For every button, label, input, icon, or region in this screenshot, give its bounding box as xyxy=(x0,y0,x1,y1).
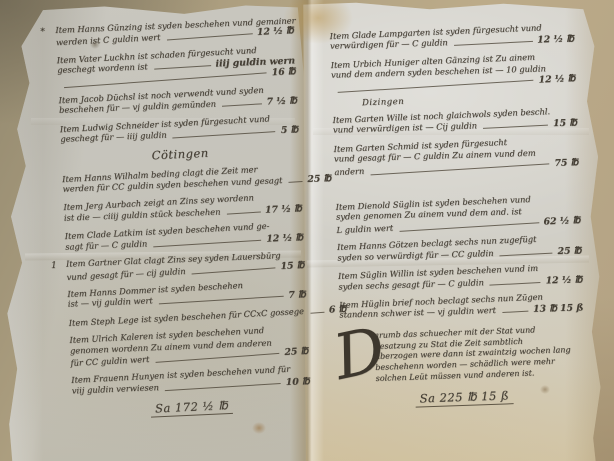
ledger-entry: Item Garten Schmid ist syden fürgesuchtv… xyxy=(333,135,578,178)
right-entries: Item Garten Wille ist noch glaichwols sy… xyxy=(332,106,583,322)
ledger-entry: 1Item Gartner Glat clagt Zins sey syden … xyxy=(66,249,305,283)
entry-amount: 17 ½ ℔ xyxy=(265,203,302,216)
ledger-entry: Item Süglin Willin ist syden beschehen v… xyxy=(338,262,583,293)
ledger-entry: Item Clade Latkim ist syden beschehen vu… xyxy=(64,220,303,254)
margin-mark: * xyxy=(40,27,45,39)
entry-amount: 12 ½ ℔ xyxy=(266,232,303,245)
ledger-entry: Item Garten Wille ist noch glaichwols sy… xyxy=(332,106,577,137)
leader-line xyxy=(370,163,549,175)
leader-line xyxy=(288,182,302,184)
ledger-entry: Item Hanns Dommer ist syden beschehenist… xyxy=(67,277,306,311)
ledger-entry: Item Jacob Düchsl ist noch verwendt vund… xyxy=(58,84,297,118)
entry-text: sagt für — C guldin xyxy=(65,238,147,253)
entry-text: geschegt für — iiij guldin xyxy=(60,130,167,146)
leader-line xyxy=(153,240,261,248)
entry-amount: 7 ½ ℔ xyxy=(266,96,297,109)
entry-amount: 62 ½ ℔ xyxy=(543,215,580,228)
ledger-entry: Item Urbich Huniger alten Gänzing ist Zu… xyxy=(330,51,575,94)
entry-amount: 5 ℔ xyxy=(281,125,299,137)
entry-amount: 15 ℔ xyxy=(280,259,304,272)
entry-amount: 12 ½ ℔ xyxy=(545,274,582,286)
closing-note: D arumb das schuecher mit der Stat vundb… xyxy=(340,323,586,385)
sum-text: Sa 225 ℔ 15 ß xyxy=(415,388,513,407)
leader-line xyxy=(222,104,262,107)
leader-line xyxy=(500,253,553,257)
ledger-entry: Item Hanns Götzen beclagt sechs nun zuge… xyxy=(337,233,582,264)
ledger-entry: Item Dienold Süglin ist syden beschehen … xyxy=(335,193,580,236)
left-entries: Item Hanns Wilhalm beding clagt die Zeit… xyxy=(62,162,310,397)
leader-line xyxy=(502,311,528,313)
entry-amount: 25 ℔ xyxy=(307,173,331,185)
entry-text: L guldin wert xyxy=(336,223,393,237)
entry-amount: 16 ℔ xyxy=(271,66,295,79)
leader-line xyxy=(227,212,261,215)
leader-line xyxy=(165,383,281,391)
entry-amount: 15 ℔ xyxy=(553,118,577,130)
leader-line xyxy=(154,66,211,70)
leader-line xyxy=(159,296,284,305)
entry-amount: 25 ℔ xyxy=(284,346,308,359)
leader-line xyxy=(454,42,533,47)
leader-line xyxy=(155,353,279,363)
left-entries-top: *Item Hanns Günzing ist syden beschehen … xyxy=(55,15,298,146)
margin-mark: 1 xyxy=(51,261,57,273)
entry-amount: 12 ½ ℔ xyxy=(538,73,575,86)
entry-text: viij guldin verwiesen xyxy=(72,382,160,397)
manuscript-photo: *Item Hanns Günzing ist syden beschehen … xyxy=(0,0,614,461)
ledger-entry: Item Ulrich Kaleren ist syden beschehen … xyxy=(69,324,308,369)
note-lines: arumb das schuecher mit der Stat vundbes… xyxy=(374,323,586,384)
entry-amount: 25 ℔ xyxy=(557,245,581,257)
entry-amount: 12 ½ ℔ xyxy=(257,25,294,38)
leader-line xyxy=(483,125,548,129)
entry-text: verwürdigen für — C guldin xyxy=(330,38,448,53)
leader-line xyxy=(338,80,534,93)
entry-text: ist — vij guldin wert xyxy=(68,296,153,311)
leader-line xyxy=(490,282,541,286)
entry-amount: 7 ℔ xyxy=(288,289,306,301)
ledger-entry: Item Ludwig Schneider ist syden fürgesuc… xyxy=(60,113,299,147)
leader-line xyxy=(399,223,538,233)
leader-line xyxy=(192,267,276,274)
left-page-text: *Item Hanns Günzing ist syden beschehen … xyxy=(55,15,311,420)
leader-line xyxy=(167,34,253,41)
entry-amount: 12 ½ ℔ xyxy=(537,34,574,46)
entry-amount: 75 ℔ xyxy=(554,157,578,169)
leader-line xyxy=(173,132,276,139)
ledger-entry: Item Frauenn Hunyen ist syden beschehen … xyxy=(71,364,310,398)
right-page-text: Item Glade Lampgarten ist syden fürgesuc… xyxy=(329,22,586,408)
entry-text: vund verwürdigen ist — Cij guldin xyxy=(333,121,477,137)
entry-amount: 13 ℔ 15 ß xyxy=(533,303,584,316)
ledger-entry: Item Vater Luckhn ist schaden fürgesucht… xyxy=(56,44,295,89)
right-entries-top: Item Glade Lampgarten ist syden fürgesuc… xyxy=(329,22,575,94)
left-section-heading: Cötingen xyxy=(61,141,299,166)
entry-text: andern xyxy=(334,165,364,178)
entry-amount: 10 ℔ xyxy=(286,376,310,388)
ledger-entry: Item Jerg Aurbach zeigt an Zins sey word… xyxy=(63,191,302,225)
